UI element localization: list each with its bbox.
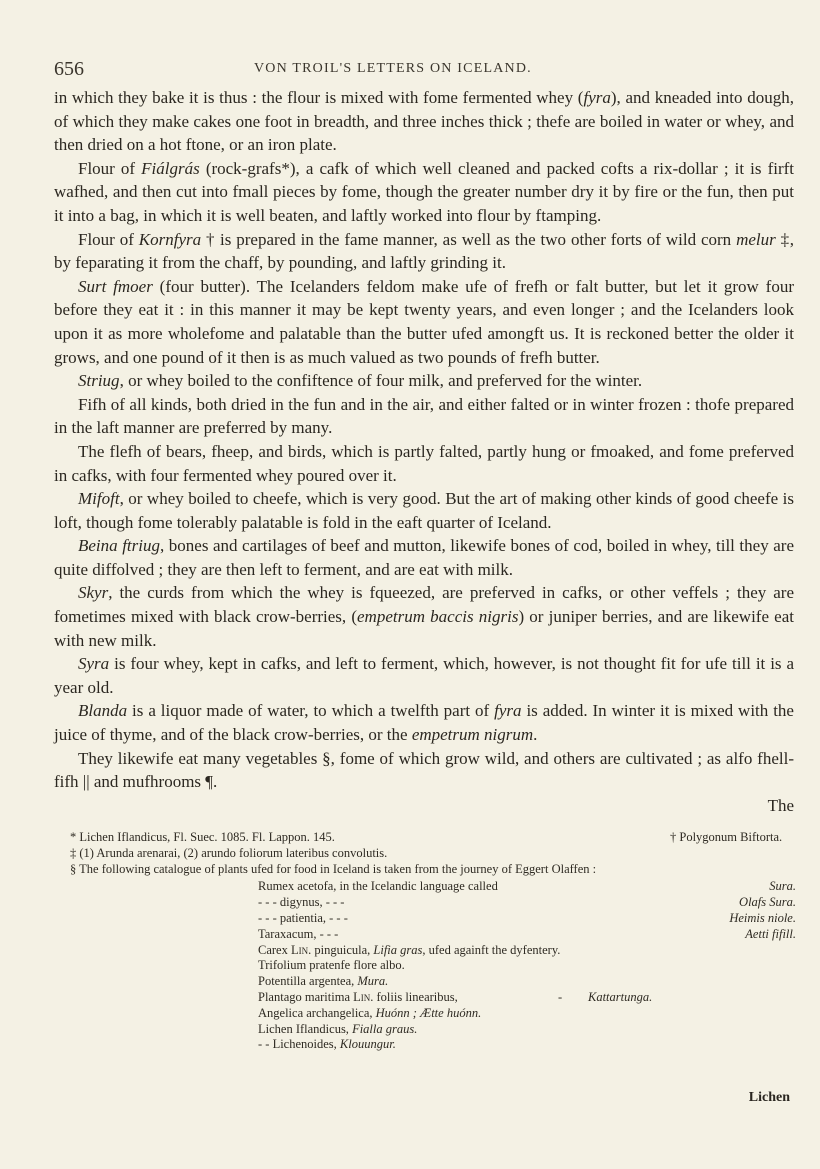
catalog-row-trifolium: Trifolium pratenfe flore albo.: [258, 958, 796, 974]
paragraph-blanda: Blanda is a liquor made of water, to whi…: [54, 699, 794, 746]
paragraph-skyr: Skyr, the curds from which the whey is f…: [54, 581, 794, 652]
footnote-star: * Lichen Iflandicus, Fl. Suec. 1085. Fl.…: [70, 830, 796, 846]
catchword-footnote: Lichen: [749, 1090, 790, 1106]
running-title: Von Troil's Letters on Iceland.: [254, 61, 532, 77]
paragraph-striug: Striug, or whey boiled to the confiftenc…: [54, 369, 794, 393]
paragraph-fish: Fifh of all kinds, both dried in the fun…: [54, 393, 794, 440]
catalog-row: Rumex acetofa, in the Icelandic language…: [258, 879, 796, 895]
catalog-row-angelica: Angelica archangelica, Huónn ; Ætte huón…: [258, 1006, 796, 1022]
catchword-body: The: [54, 794, 794, 818]
catalog-row: - - - digynus, - - - Olafs Sura.: [258, 895, 796, 911]
paragraph-baking: in which they bake it is thus : the flou…: [54, 86, 794, 157]
paragraph-beina-striug: Beina ftriug, bones and cartilages of be…: [54, 534, 794, 581]
paragraph-flesh: The flefh of bears, fheep, and birds, wh…: [54, 440, 794, 487]
plant-catalog: Rumex acetofa, in the Icelandic language…: [258, 879, 796, 1053]
footnotes: * Lichen Iflandicus, Fl. Suec. 1085. Fl.…: [70, 830, 796, 1053]
footnote-section: § The following catalogue of plants ufed…: [70, 862, 796, 878]
page-header: 656 Von Troil's Letters on Iceland.: [54, 58, 794, 82]
catalog-row: - - - patientia, - - - Heimis niole.: [258, 911, 796, 927]
catalog-row-potentilla: Potentilla argentea, Mura.: [258, 974, 796, 990]
catalog-row-carex: Carex Lin. pinguicula, Lifia gras, ufed …: [258, 943, 796, 959]
paragraph-syra: Syra is four whey, kept in cafks, and le…: [54, 652, 794, 699]
catalog-row-lichenoides: - - Lichenoides, Klouungur.: [258, 1037, 796, 1053]
paragraph-misost: Mifoft, or whey boiled to cheefe, which …: [54, 487, 794, 534]
paragraph-fialgras: Flour of Fiálgrás (rock-grafs*), a cafk …: [54, 157, 794, 228]
book-page: 656 Von Troil's Letters on Iceland. in w…: [0, 0, 820, 1169]
footnote-double-dagger: ‡ (1) Arunda arenarai, (2) arundo folior…: [70, 846, 796, 862]
page-number: 656: [54, 58, 84, 81]
catalog-row-plantago: Plantago maritima Lin. foliis linearibus…: [258, 990, 796, 1006]
paragraph-surt-smoer: Surt fmoer (four butter). The Icelanders…: [54, 275, 794, 369]
main-text: in which they bake it is thus : the flou…: [54, 86, 794, 817]
paragraph-vegetables: They likewife eat many vegetables §, fom…: [54, 747, 794, 794]
catalog-row: Taraxacum, - - - Aetti fifill.: [258, 927, 796, 943]
footnote-dagger: † Polygonum Biftorta.: [670, 830, 782, 846]
paragraph-kornfyra: Flour of Kornfyra † is prepared in the f…: [54, 228, 794, 275]
catalog-row-lichen: Lichen Iflandicus, Fialla graus.: [258, 1022, 796, 1038]
